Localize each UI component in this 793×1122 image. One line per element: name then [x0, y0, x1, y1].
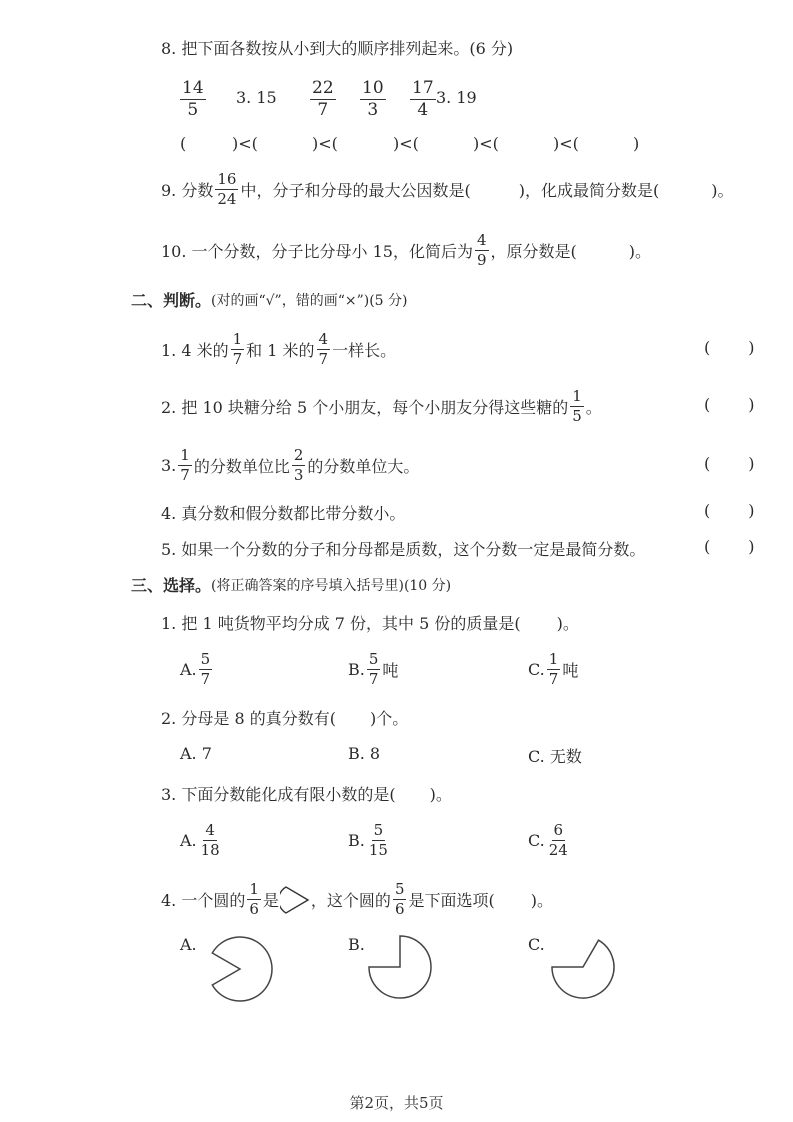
q8-blank-5[interactable]: )<(	[553, 134, 579, 153]
choice-q4-stem: 4. 一个圆的 1 6 是 ，这个圆的 5 6 是下面选项( )。	[161, 882, 553, 917]
judge-item-2: 2. 把 10 块糖分给 5 个小朋友，每个小朋友分得这些糖的 1 5 。	[161, 389, 602, 424]
choice-q4-frac-2: 5 6	[393, 882, 407, 917]
choice-q1-option-b[interactable]: B. 5 7 吨	[348, 652, 398, 687]
q10-fraction: 4 9	[475, 233, 489, 268]
q9-line: 9. 分数 16 24 中，分子和分母的最大公因数是( )，化成最简分数是( )…	[161, 172, 733, 207]
q10-line: 10. 一个分数，分子比分母小 15，化简后为 4 9 ，原分数是( )。	[161, 233, 651, 268]
judge-item-4-answer[interactable]: ()	[704, 501, 755, 520]
q9-middle: 中，分子和分母的最大公因数是(	[240, 178, 470, 201]
choice-q4-frac-1: 1 6	[247, 882, 261, 917]
page-number: 第2页，共5页	[0, 1092, 793, 1113]
choice-q1-stem: 1. 把 1 吨货物平均分成 7 份，其中 5 份的质量是( )。	[161, 611, 579, 634]
choice-q3-option-b[interactable]: B. 5 15	[348, 823, 392, 858]
q10-end: )。	[629, 239, 651, 262]
q8-paren-open: (	[180, 134, 186, 153]
judge-item-1-frac-2: 4 7	[317, 332, 331, 367]
sector-one-sixth-icon	[280, 884, 310, 916]
q8-blank-1[interactable]: )<(	[232, 134, 258, 153]
q8-blank-2[interactable]: )<(	[312, 134, 338, 153]
section3-note: (将正确答案的序号填入括号里)(10 分)	[211, 575, 451, 595]
q8-number-3: 22 7	[310, 80, 336, 119]
section2-title: 二、判断。	[131, 288, 211, 311]
judge-item-2-answer[interactable]: ()	[704, 395, 755, 414]
choice-q1-option-a[interactable]: A. 5 7	[180, 652, 214, 687]
q8-blank-4[interactable]: )<(	[473, 134, 499, 153]
judge-item-3-frac-2: 2 3	[292, 448, 306, 483]
q10-prefix: 10. 一个分数，分子比分母小 15，化简后为	[161, 239, 473, 262]
choice-q1-option-c[interactable]: C. 1 7 吨	[528, 652, 578, 687]
section3-title: 三、选择。	[131, 573, 211, 596]
q8-number-5: 17 4	[410, 80, 436, 119]
q9-fraction: 16 24	[215, 172, 238, 207]
q9-end: )。	[711, 178, 733, 201]
choice-q2-option-a[interactable]: A. 7	[180, 744, 212, 763]
q9-prefix: 9. 分数	[161, 178, 213, 201]
q8-number-1: 14 5	[180, 80, 206, 119]
q10-middle: ，原分数是(	[491, 239, 577, 262]
q8-number-2: 3. 15	[236, 88, 277, 107]
choice-q3-option-a[interactable]: A. 4 18	[180, 823, 224, 858]
choice-q2-option-c[interactable]: C. 无数	[528, 744, 582, 767]
pie-five-sixths-a-icon	[206, 933, 276, 1005]
q8-number-4: 10 3	[360, 80, 386, 119]
judge-item-1-frac-1: 1 7	[231, 332, 245, 367]
pie-three-quarters-b-icon	[366, 931, 436, 1001]
choice-q3-option-c[interactable]: C. 6 24	[528, 823, 572, 858]
judge-item-3: 3. 1 7 的分数单位比 2 3 的分数单位大。	[161, 448, 419, 483]
q8-paren-close: )	[633, 134, 639, 153]
section2-header: 二、判断。 (对的画“√”，错的画“×”)(5 分)	[131, 288, 408, 311]
choice-q2-option-b[interactable]: B. 8	[348, 744, 380, 763]
q9-middle2: )，化成最简分数是(	[519, 178, 660, 201]
judge-item-3-frac-1: 1 7	[178, 448, 192, 483]
judge-item-3-answer[interactable]: ()	[704, 454, 755, 473]
judge-item-2-frac-1: 1 5	[570, 389, 584, 424]
q8-blank-3[interactable]: )<(	[393, 134, 419, 153]
judge-item-4: 4. 真分数和假分数都比带分数小。	[161, 501, 405, 524]
judge-item-5-answer[interactable]: ()	[704, 537, 755, 556]
section2-note: (对的画“√”，错的画“×”)(5 分)	[211, 290, 408, 310]
q8-title: 8. 把下面各数按从小到大的顺序排列起来。(6 分)	[161, 36, 513, 59]
pie-two-thirds-c-icon	[548, 931, 618, 1001]
judge-item-5: 5. 如果一个分数的分子和分母都是质数，这个分数一定是最简分数。	[161, 537, 645, 560]
q8-number-6: 3. 19	[436, 88, 477, 107]
choice-q3-stem: 3. 下面分数能化成有限小数的是( )。	[161, 782, 452, 805]
judge-item-1-answer[interactable]: ()	[704, 338, 755, 357]
choice-q2-stem: 2. 分母是 8 的真分数有( )个。	[161, 706, 408, 729]
section3-header: 三、选择。 (将正确答案的序号填入括号里)(10 分)	[131, 573, 451, 596]
judge-item-1: 1. 4 米的 1 7 和 1 米的 4 7 一样长。	[161, 332, 396, 367]
